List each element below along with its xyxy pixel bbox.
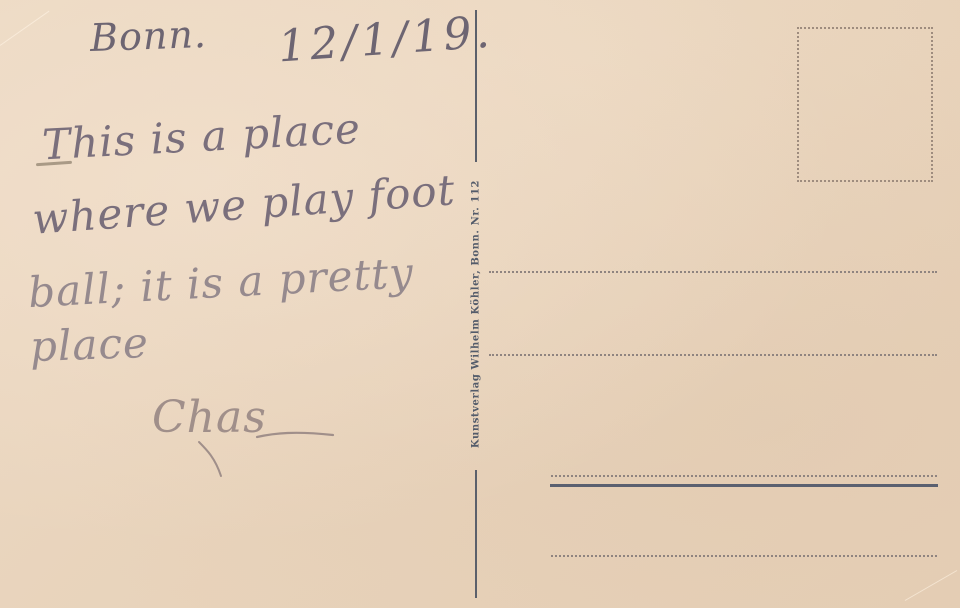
paper-crease bbox=[0, 11, 49, 46]
address-line-1 bbox=[489, 271, 937, 273]
message-place: Bonn. bbox=[89, 12, 207, 60]
message-date: 12/1/19. bbox=[276, 7, 495, 73]
signature-flourish bbox=[255, 425, 345, 445]
stamp-box bbox=[797, 27, 933, 182]
message-signature: Chas bbox=[152, 392, 267, 443]
postcard-back: Bonn. 12/1/19. This is a place where we … bbox=[0, 0, 960, 608]
message-line-4: place bbox=[29, 318, 149, 371]
address-rule-solid bbox=[550, 484, 938, 487]
center-divider-bottom bbox=[475, 470, 477, 598]
paper-crease bbox=[905, 570, 957, 601]
message-line-1: This is a place bbox=[41, 104, 362, 170]
center-divider-top bbox=[475, 10, 477, 162]
address-line-3 bbox=[551, 475, 937, 477]
message-line-2: where we play foot bbox=[31, 165, 457, 243]
address-line-2 bbox=[489, 354, 937, 356]
publisher-imprint: Kunstverlag Wilhelm Köhler, Bonn. Nr. 11… bbox=[471, 180, 482, 448]
message-line-3: ball; it is a pretty bbox=[27, 248, 415, 317]
address-line-4 bbox=[551, 555, 937, 557]
signature-descender bbox=[195, 440, 235, 480]
